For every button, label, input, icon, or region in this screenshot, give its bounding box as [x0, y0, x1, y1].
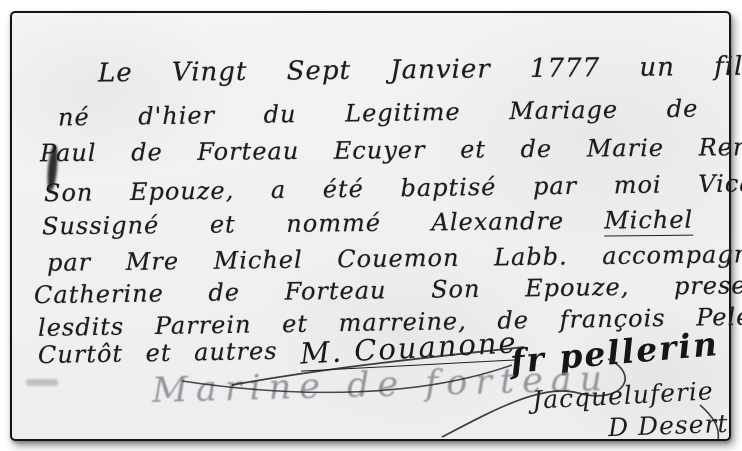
record-line-5-text: Sussigné et nommé Alexandre — [42, 207, 564, 240]
record-line-2: né d'hier du Legitime Mariage de — [58, 95, 699, 132]
record-line-2-text: né d'hier du Legitime Mariage de — [58, 95, 699, 132]
margin-smudge — [26, 379, 58, 386]
record-line-3: Paul de Forteau Ecuyer et de Marie Renau… — [40, 133, 742, 168]
record-line-5: Sussigné et nommé AlexandreMichel — [42, 206, 693, 241]
parish-register-page: Le Vingt Sept Janvier 1777 un fils né d'… — [10, 11, 731, 441]
record-line-6-text: par Mre Michel Couemon Labb. accompagné … — [47, 239, 742, 277]
signature-desert: D Desert — [608, 409, 729, 442]
record-line-7-text: Catherine de Forteau Son Epouze, presens — [34, 271, 742, 309]
record-line-4: Son Epouze, a été baptisé par moi Vicair… — [44, 169, 742, 207]
record-line-1: Le Vingt Sept Janvier 1777 un fils — [98, 52, 742, 89]
record-line-7: Catherine de Forteau Son Epouze, presens — [34, 271, 742, 309]
record-line-3-text: Paul de Forteau Ecuyer et de Marie Renau… — [40, 133, 742, 168]
record-line-9-text: Curtôt et autres — [38, 337, 278, 369]
record-line-5-underlined-name: Michel — [604, 206, 693, 237]
record-line-6: par Mre Michel Couemon Labb. accompagné … — [47, 239, 742, 277]
record-line-4-text: Son Epouze, a été baptisé par moi Vicair… — [44, 169, 742, 207]
record-line-1-text: Le Vingt Sept Janvier 1777 un fils — [98, 52, 742, 89]
record-line-9: Curtôt et autres — [38, 337, 278, 369]
screenshot-root: { "colors": { "ink": "#1d1c1e", "faded_i… — [0, 0, 742, 451]
